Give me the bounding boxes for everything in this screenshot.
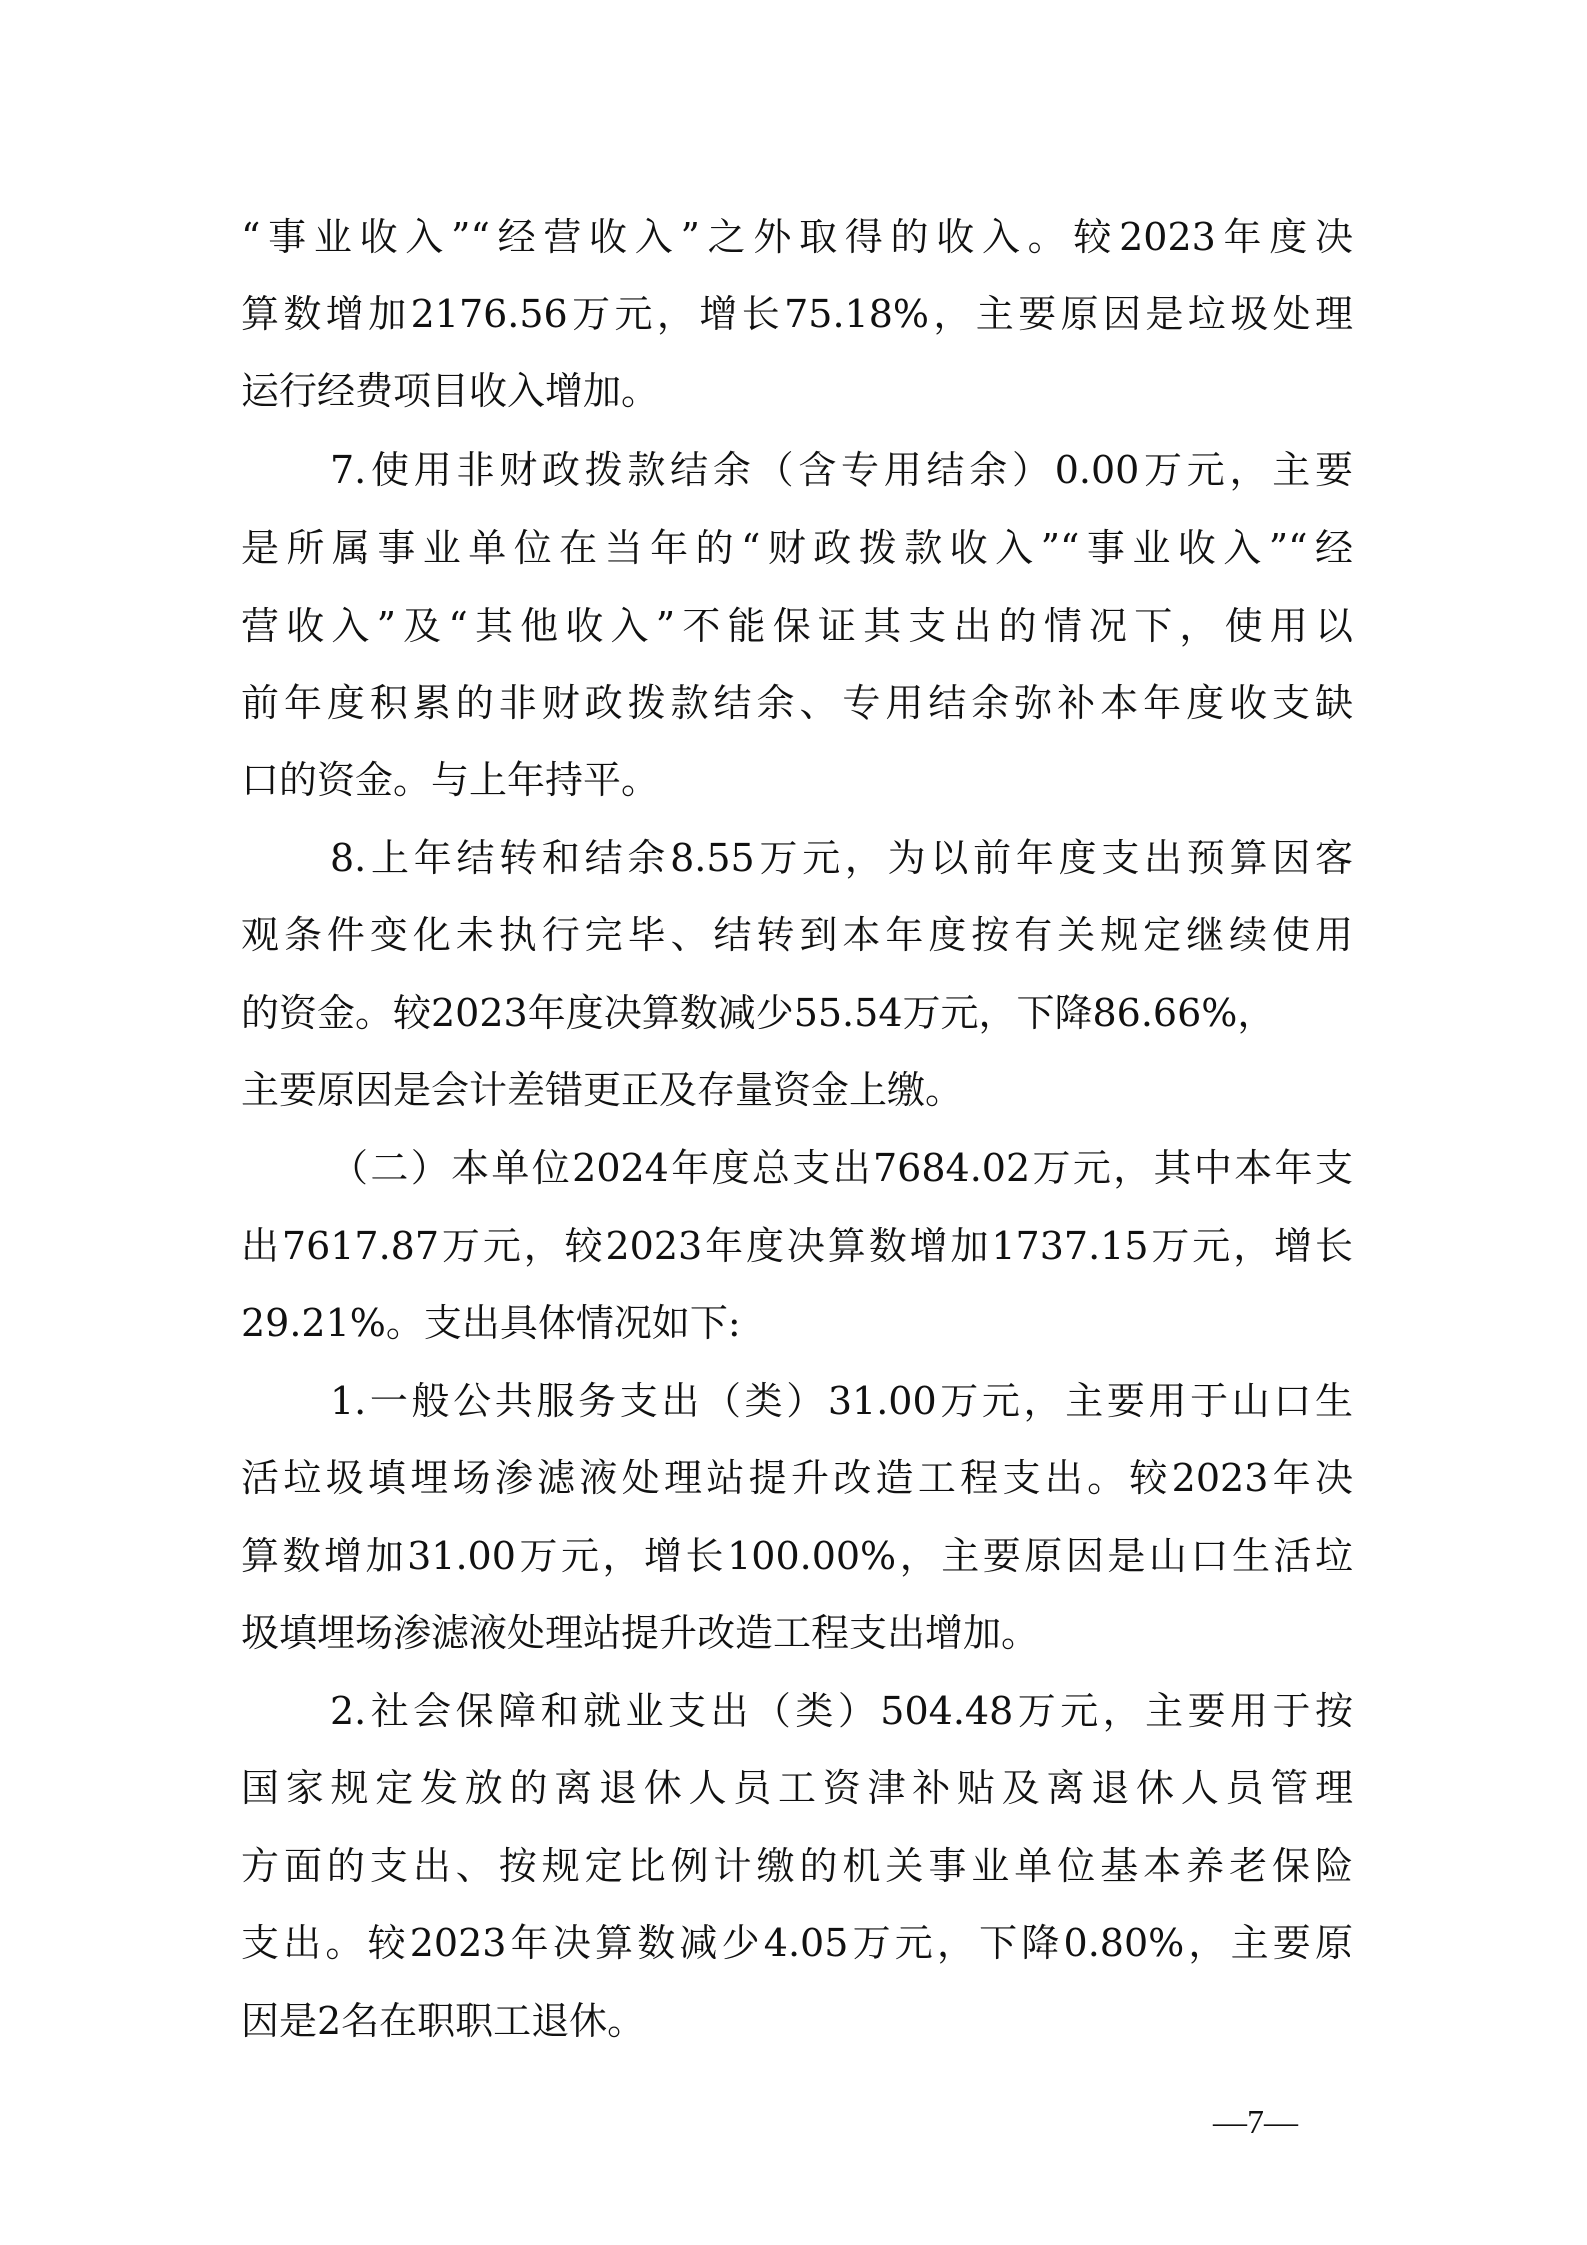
page-number: —7—	[1213, 2098, 1298, 2148]
text-line: 2.社会保障和就业支出（类）504.48万元，主要用于按	[330, 1681, 1353, 1741]
text-line: 算数增加2176.56万元，增长75.18%，主要原因是垃圾处理	[241, 284, 1353, 344]
text-line: 口的资金。与上年持平。	[241, 750, 1353, 810]
text-line: “事业收入”“经营收入”之外取得的收入。较2023年度决	[241, 207, 1353, 267]
text-line: 国家规定发放的离退休人员工资津补贴及离退休人员管理	[241, 1758, 1353, 1818]
text-line: 运行经费项目收入增加。	[241, 361, 1353, 421]
text-line: 营收入”及“其他收入”不能保证其支出的情况下，使用以	[241, 596, 1353, 656]
text-line: 方面的支出、按规定比例计缴的机关事业单位基本养老保险	[241, 1836, 1353, 1896]
text-line: 29.21%。支出具体情况如下:	[241, 1293, 1353, 1353]
text-line: 支出。较2023年决算数减少4.05万元，下降0.80%，主要原	[241, 1913, 1353, 1973]
text-line: 1.一般公共服务支出（类）31.00万元，主要用于山口生	[330, 1371, 1353, 1431]
text-line: 前年度积累的非财政拨款结余、专用结余弥补本年度收支缺	[241, 673, 1353, 733]
text-line: 算数增加31.00万元，增长100.00%，主要原因是山口生活垃	[241, 1526, 1353, 1586]
document-page: “事业收入”“经营收入”之外取得的收入。较2023年度决算数增加2176.56万…	[0, 0, 1587, 2245]
text-line: 主要原因是会计差错更正及存量资金上缴。	[241, 1060, 1353, 1120]
text-line: 圾填埋场渗滤液处理站提升改造工程支出增加。	[241, 1603, 1353, 1663]
text-line: 7.使用非财政拨款结余（含专用结余）0.00万元，主要	[330, 440, 1353, 500]
text-line: 因是2名在职职工退休。	[241, 1991, 1353, 2051]
text-line: 的资金。较2023年度决算数减少55.54万元，下降86.66%，	[241, 983, 1353, 1043]
text-line: 是所属事业单位在当年的“财政拨款收入”“事业收入”“经	[241, 518, 1353, 578]
text-line: 活垃圾填埋场渗滤液处理站提升改造工程支出。较2023年决	[241, 1448, 1353, 1508]
text-line: 观条件变化未执行完毕、结转到本年度按有关规定继续使用	[241, 905, 1353, 965]
text-line: 出7617.87万元，较2023年度决算数增加1737.15万元，增长	[241, 1216, 1353, 1276]
text-line: 8.上年结转和结余8.55万元，为以前年度支出预算因客	[330, 828, 1353, 888]
text-line: （二）本单位2024年度总支出7684.02万元，其中本年支	[330, 1138, 1353, 1198]
